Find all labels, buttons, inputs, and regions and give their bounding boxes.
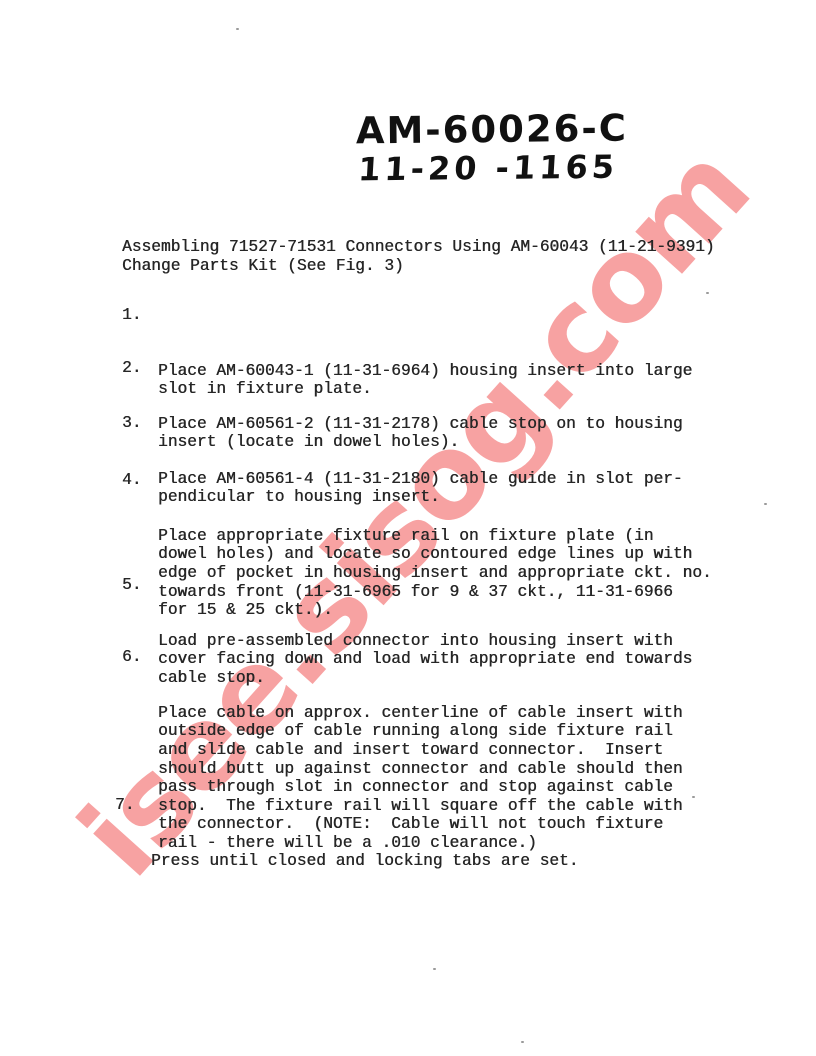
document-title: Assembling 71527-71531 Connectors Using … (122, 238, 715, 275)
item-text: Press until closed and locking tabs are … (151, 852, 578, 871)
stamp-part-number: AM-60026-C (356, 109, 628, 152)
scan-speck (236, 28, 239, 30)
item-number: 6. (122, 648, 141, 667)
instruction-item-7: 7. Press until closed and locking tabs a… (115, 796, 578, 908)
handwritten-stamp: AM-60026-C 11-20 -1165 (356, 109, 629, 188)
scanned-document-page: isee.sisog.com AM-60026-C 11-20 -1165 As… (0, 0, 816, 1056)
item-number: 2. (122, 359, 141, 378)
stamp-date-number: 11-20 -1165 (357, 149, 629, 188)
item-number: 7. (115, 796, 134, 815)
item-number: 5. (122, 576, 141, 595)
item-number: 1. (122, 306, 141, 325)
document-content: AM-60026-C 11-20 -1165 Assembling 71527-… (0, 0, 816, 1056)
scan-speck (692, 796, 695, 798)
item-number: 3. (122, 414, 141, 433)
scan-speck (433, 968, 436, 970)
scan-speck (764, 503, 767, 505)
scan-speck (521, 1041, 524, 1043)
scan-speck (706, 292, 709, 294)
item-number: 4. (122, 471, 141, 490)
